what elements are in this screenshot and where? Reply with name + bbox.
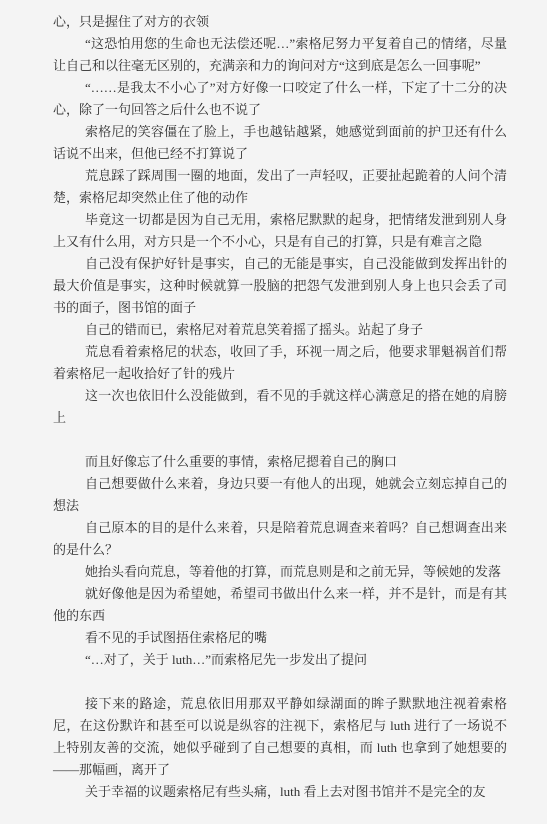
paragraph: 接下来的路途，荒息依旧用那双平静如绿湖面的眸子默默地注视着索格尼，在这份默许和甚… — [53, 693, 507, 781]
paragraph: “…对了，关于 luth…”而索格尼先一步发出了提问 — [53, 649, 507, 671]
novel-page: 心，只是握住了对方的衣领 “这恐怕用您的生命也无法偿还呢…”索格尼努力平复着自己… — [0, 0, 547, 824]
paragraph: 自己想要做什么来着，身边只要一有他人的出现，她就会立刻忘掉自己的想法 — [53, 473, 507, 517]
paragraph: “这恐怕用您的生命也无法偿还呢…”索格尼努力平复着自己的情绪，尽量让自己和以往毫… — [53, 33, 507, 77]
paragraph: “……是我太不小心了”对方好像一口咬定了什么一样，下定了十二分的决心，除了一句回… — [53, 77, 507, 121]
paragraph: 她抬头看向荒息，等着他的打算，而荒息则是和之前无异，等候她的发落 — [53, 561, 507, 583]
paragraph: 关于幸福的议题索格尼有些头痛，luth 看上去对图书馆并不是完全的友 — [53, 781, 507, 803]
paragraph: 而且好像忘了什么重要的事情，索格尼摁着自己的胸口 — [53, 451, 507, 473]
paragraph: 看不见的手试图捂住索格尼的嘴 — [53, 627, 507, 649]
paragraph: 就好像他是因为希望她，希望司书做出什么来一样，并不是针，而是有其他的东西 — [53, 583, 507, 627]
paragraph: 自己的错而已，索格尼对着荒息笑着摇了摇头。站起了身子 — [53, 319, 507, 341]
paragraph: 自己原本的目的是什么来着，只是陪着荒息调查来着吗？自己想调查出来的是什么？ — [53, 517, 507, 561]
paragraph: 这一次也依旧什么没能做到，看不见的手就这样心满意足的搭在她的肩膀上 — [53, 385, 507, 429]
paragraph: 索格尼的笑容僵在了脸上，手也越钻越紧，她感觉到面前的护卫还有什么话说不出来，但他… — [53, 121, 507, 165]
body-text: 心，只是握住了对方的衣领 “这恐怕用您的生命也无法偿还呢…”索格尼努力平复着自己… — [0, 0, 547, 803]
paragraph: 毕竟这一切都是因为自己无用，索格尼默默的起身，把情绪发泄到别人身上又有什么用，对… — [53, 209, 507, 253]
paragraph: 荒息看着索格尼的状态，收回了手，环视一周之后，他要求罪魁祸首们帮着索格尼一起收拾… — [53, 341, 507, 385]
paragraph: 荒息踩了踩周围一圈的地面，发出了一声轻叹，正要扯起跪着的人问个清楚，索格尼却突然… — [53, 165, 507, 209]
paragraph: 心，只是握住了对方的衣领 — [53, 11, 507, 33]
paragraph: 自己没有保护好针是事实，自己的无能是事实，自己没能做到发挥出针的最大价值是事实，… — [53, 253, 507, 319]
